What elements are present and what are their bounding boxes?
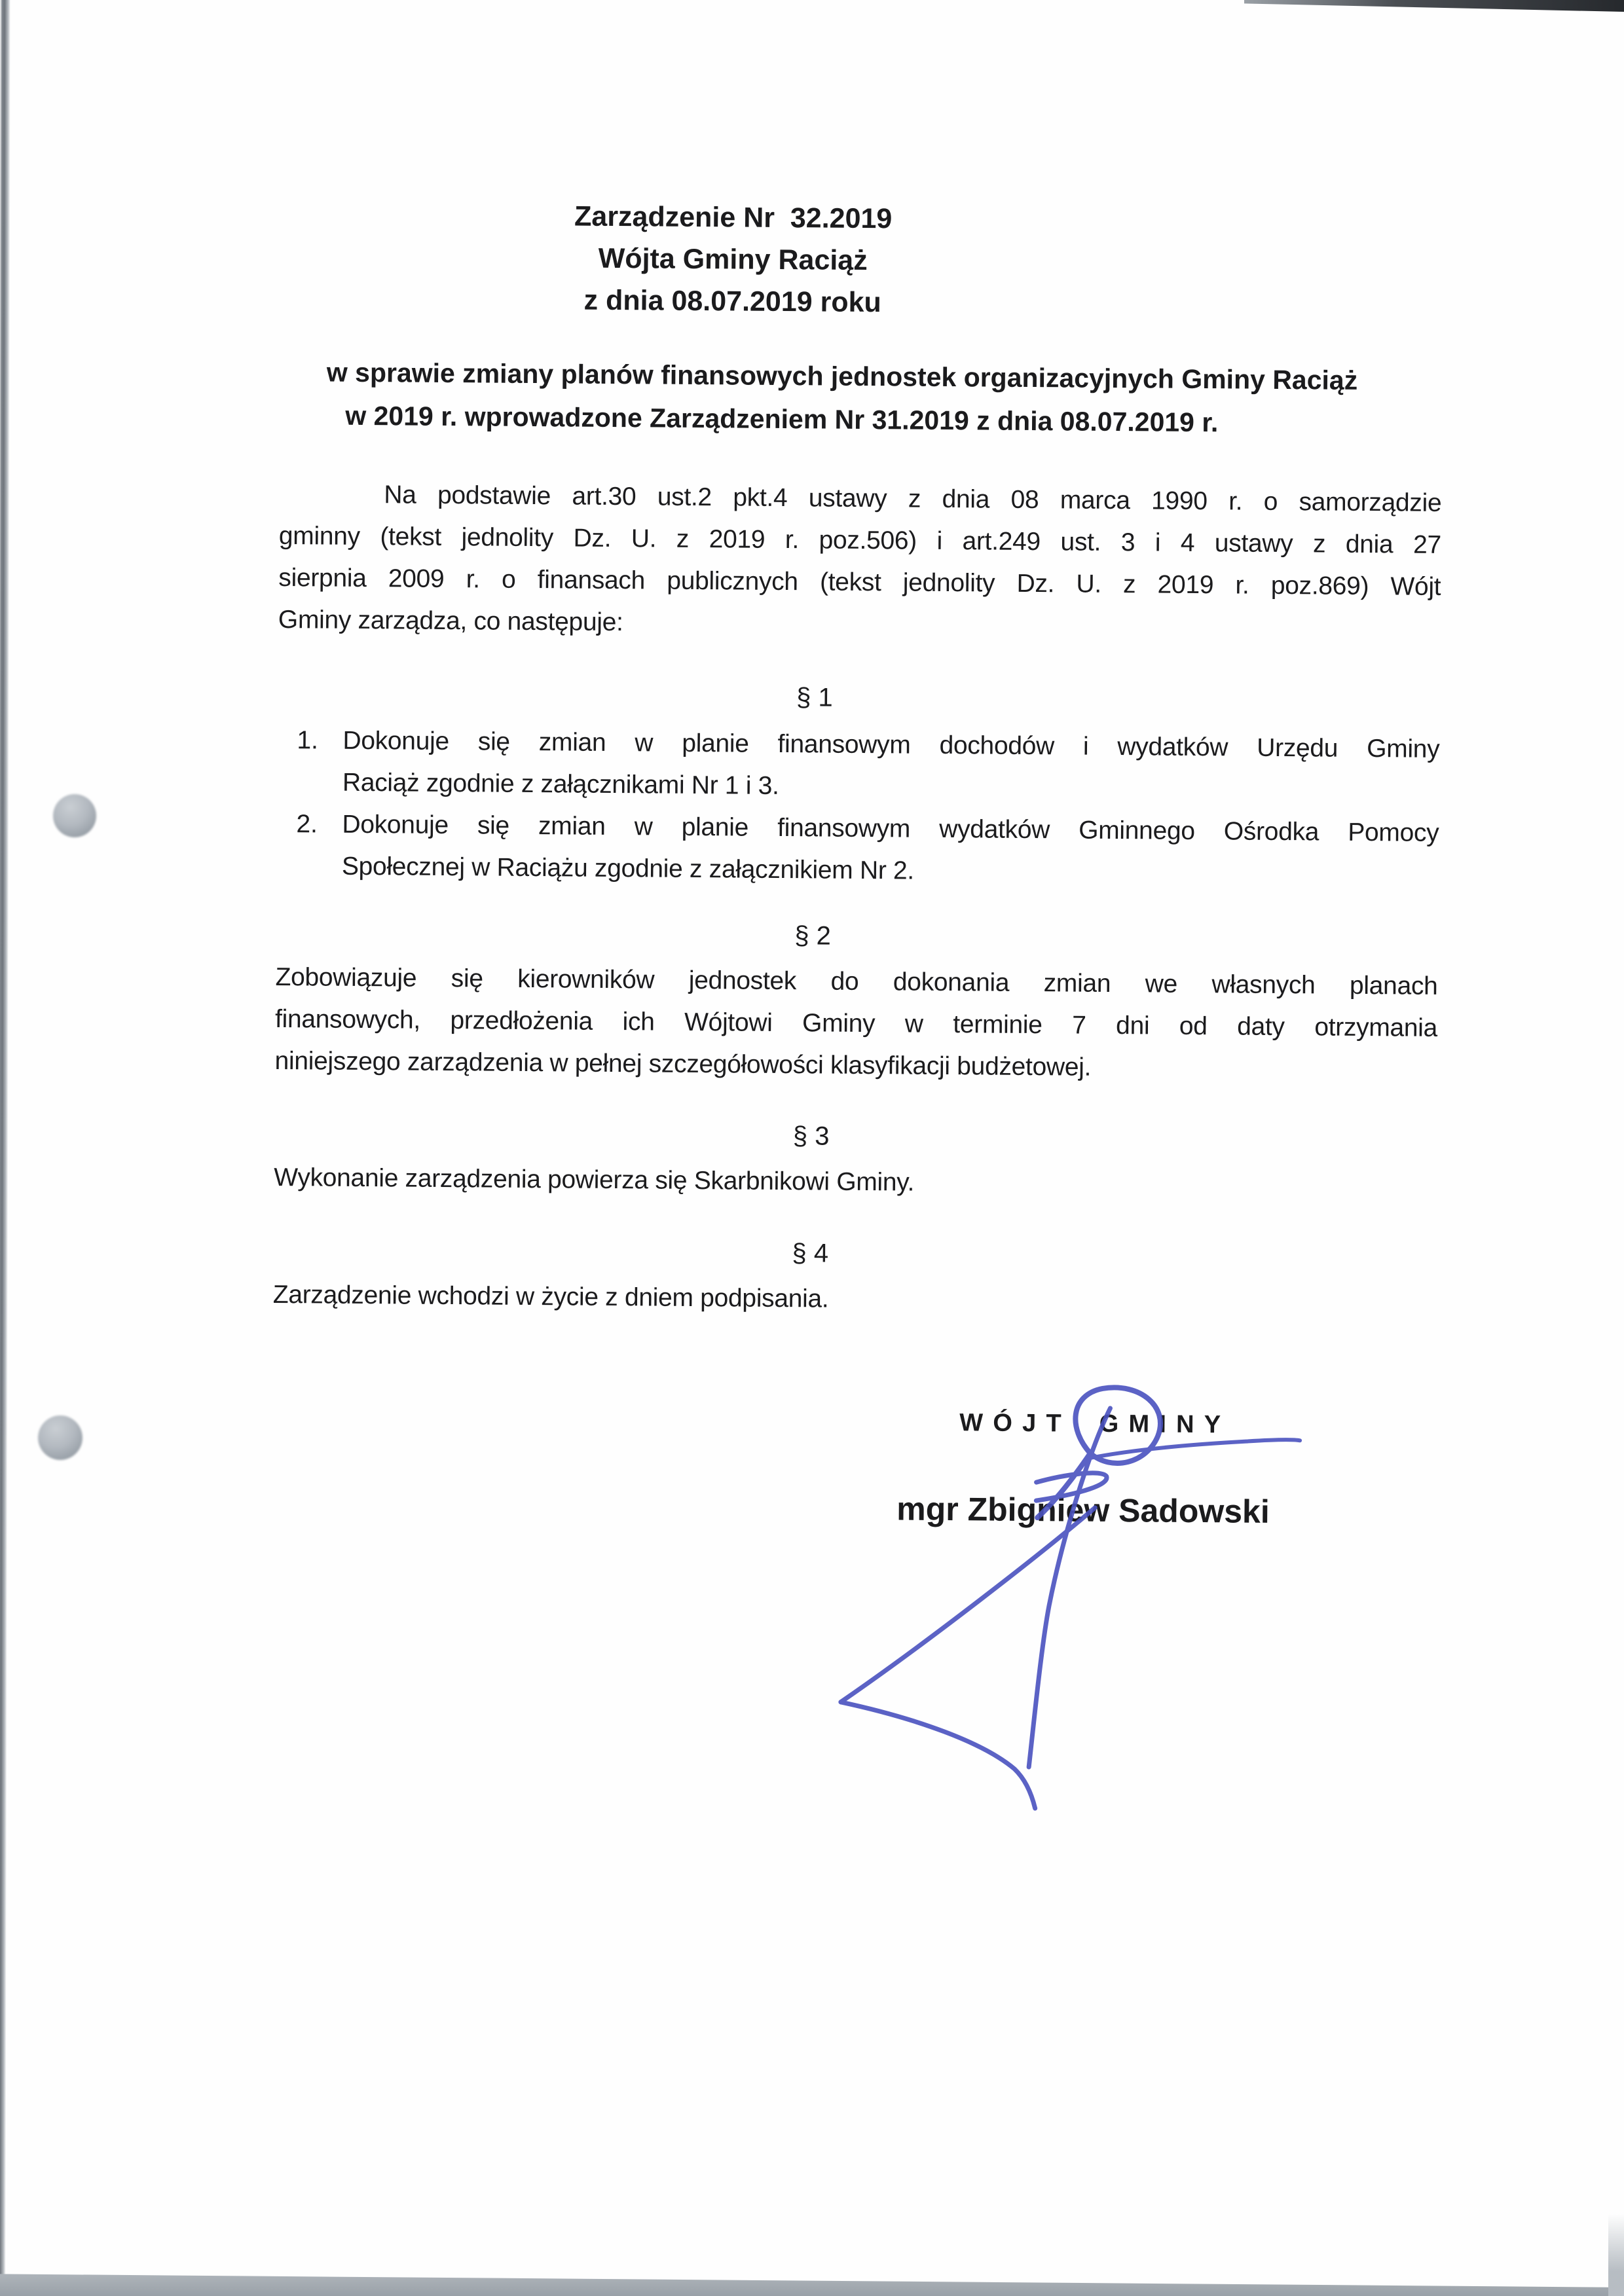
scan-edge-bottom xyxy=(0,2269,1624,2296)
list-item-1: 1. Dokonuje się zmian w planie finansowy… xyxy=(277,720,1440,812)
section-1-list: 1. Dokonuje się zmian w planie finansowy… xyxy=(276,720,1440,896)
title-line-authority: Wójta Gminy Raciąż xyxy=(281,235,1185,284)
section-4-text: Zarządzenie wchodzi w życie z dniem podp… xyxy=(273,1274,1435,1325)
handwritten-signature xyxy=(824,1349,1386,1825)
hole-punch-top xyxy=(53,794,96,837)
section-2-paragraph: Zobowiązuje się kierowników jednostek do… xyxy=(274,957,1437,1091)
hole-punch-bottom xyxy=(38,1415,83,1460)
list-item-content: Dokonuje się zmian w planie finansowym d… xyxy=(342,720,1440,812)
list-item-number: 2. xyxy=(296,803,342,888)
signature-stroke xyxy=(1029,1408,1110,1768)
legal-basis-paragraph: Na podstawie art.30 ust.2 pkt.4 ustawy z… xyxy=(278,473,1442,650)
signature-stroke xyxy=(1088,1438,1300,1461)
section-4-header: § 4 xyxy=(273,1228,1347,1279)
section-3-header: § 3 xyxy=(274,1111,1348,1161)
signature-ink xyxy=(840,1385,1301,1810)
scan-edge-bottom-right xyxy=(1608,2214,1624,2296)
section-1-header: § 1 xyxy=(278,672,1352,723)
document-title: Zarządzenie Nr 32.2019 Wójta Gminy Racią… xyxy=(280,193,1185,326)
scan-edge-left xyxy=(0,0,10,2277)
list-item-line: Społecznej w Raciążu zgodnie z załącznik… xyxy=(342,846,1439,896)
signature-stroke xyxy=(840,1702,1036,1808)
list-item-content: Dokonuje się zmian w planie finansowym w… xyxy=(342,804,1439,896)
list-item-number: 1. xyxy=(297,720,343,804)
document-subject: w sprawie zmiany planów finansowych jedn… xyxy=(280,350,1443,446)
section-2-header: § 2 xyxy=(276,911,1350,961)
section-3-text: Wykonanie zarządzenia powierza się Skarb… xyxy=(274,1157,1436,1208)
title-line-date: z dnia 08.07.2019 roku xyxy=(280,277,1184,326)
scanned-page: Zarządzenie Nr 32.2019 Wójta Gminy Racią… xyxy=(0,0,1624,2296)
scan-edge-top-right xyxy=(1244,0,1624,12)
title-line-number: Zarządzenie Nr 32.2019 xyxy=(281,193,1185,242)
signature-stroke xyxy=(841,1506,1095,1704)
signature-stroke xyxy=(1036,1472,1107,1501)
list-item-2: 2. Dokonuje się zmian w planie finansowy… xyxy=(276,803,1439,896)
ordinance-document: Zarządzenie Nr 32.2019 Wójta Gminy Racią… xyxy=(268,193,1444,1904)
subject-line-2: w 2019 r. wprowadzone Zarządzeniem Nr 31… xyxy=(345,394,1442,446)
